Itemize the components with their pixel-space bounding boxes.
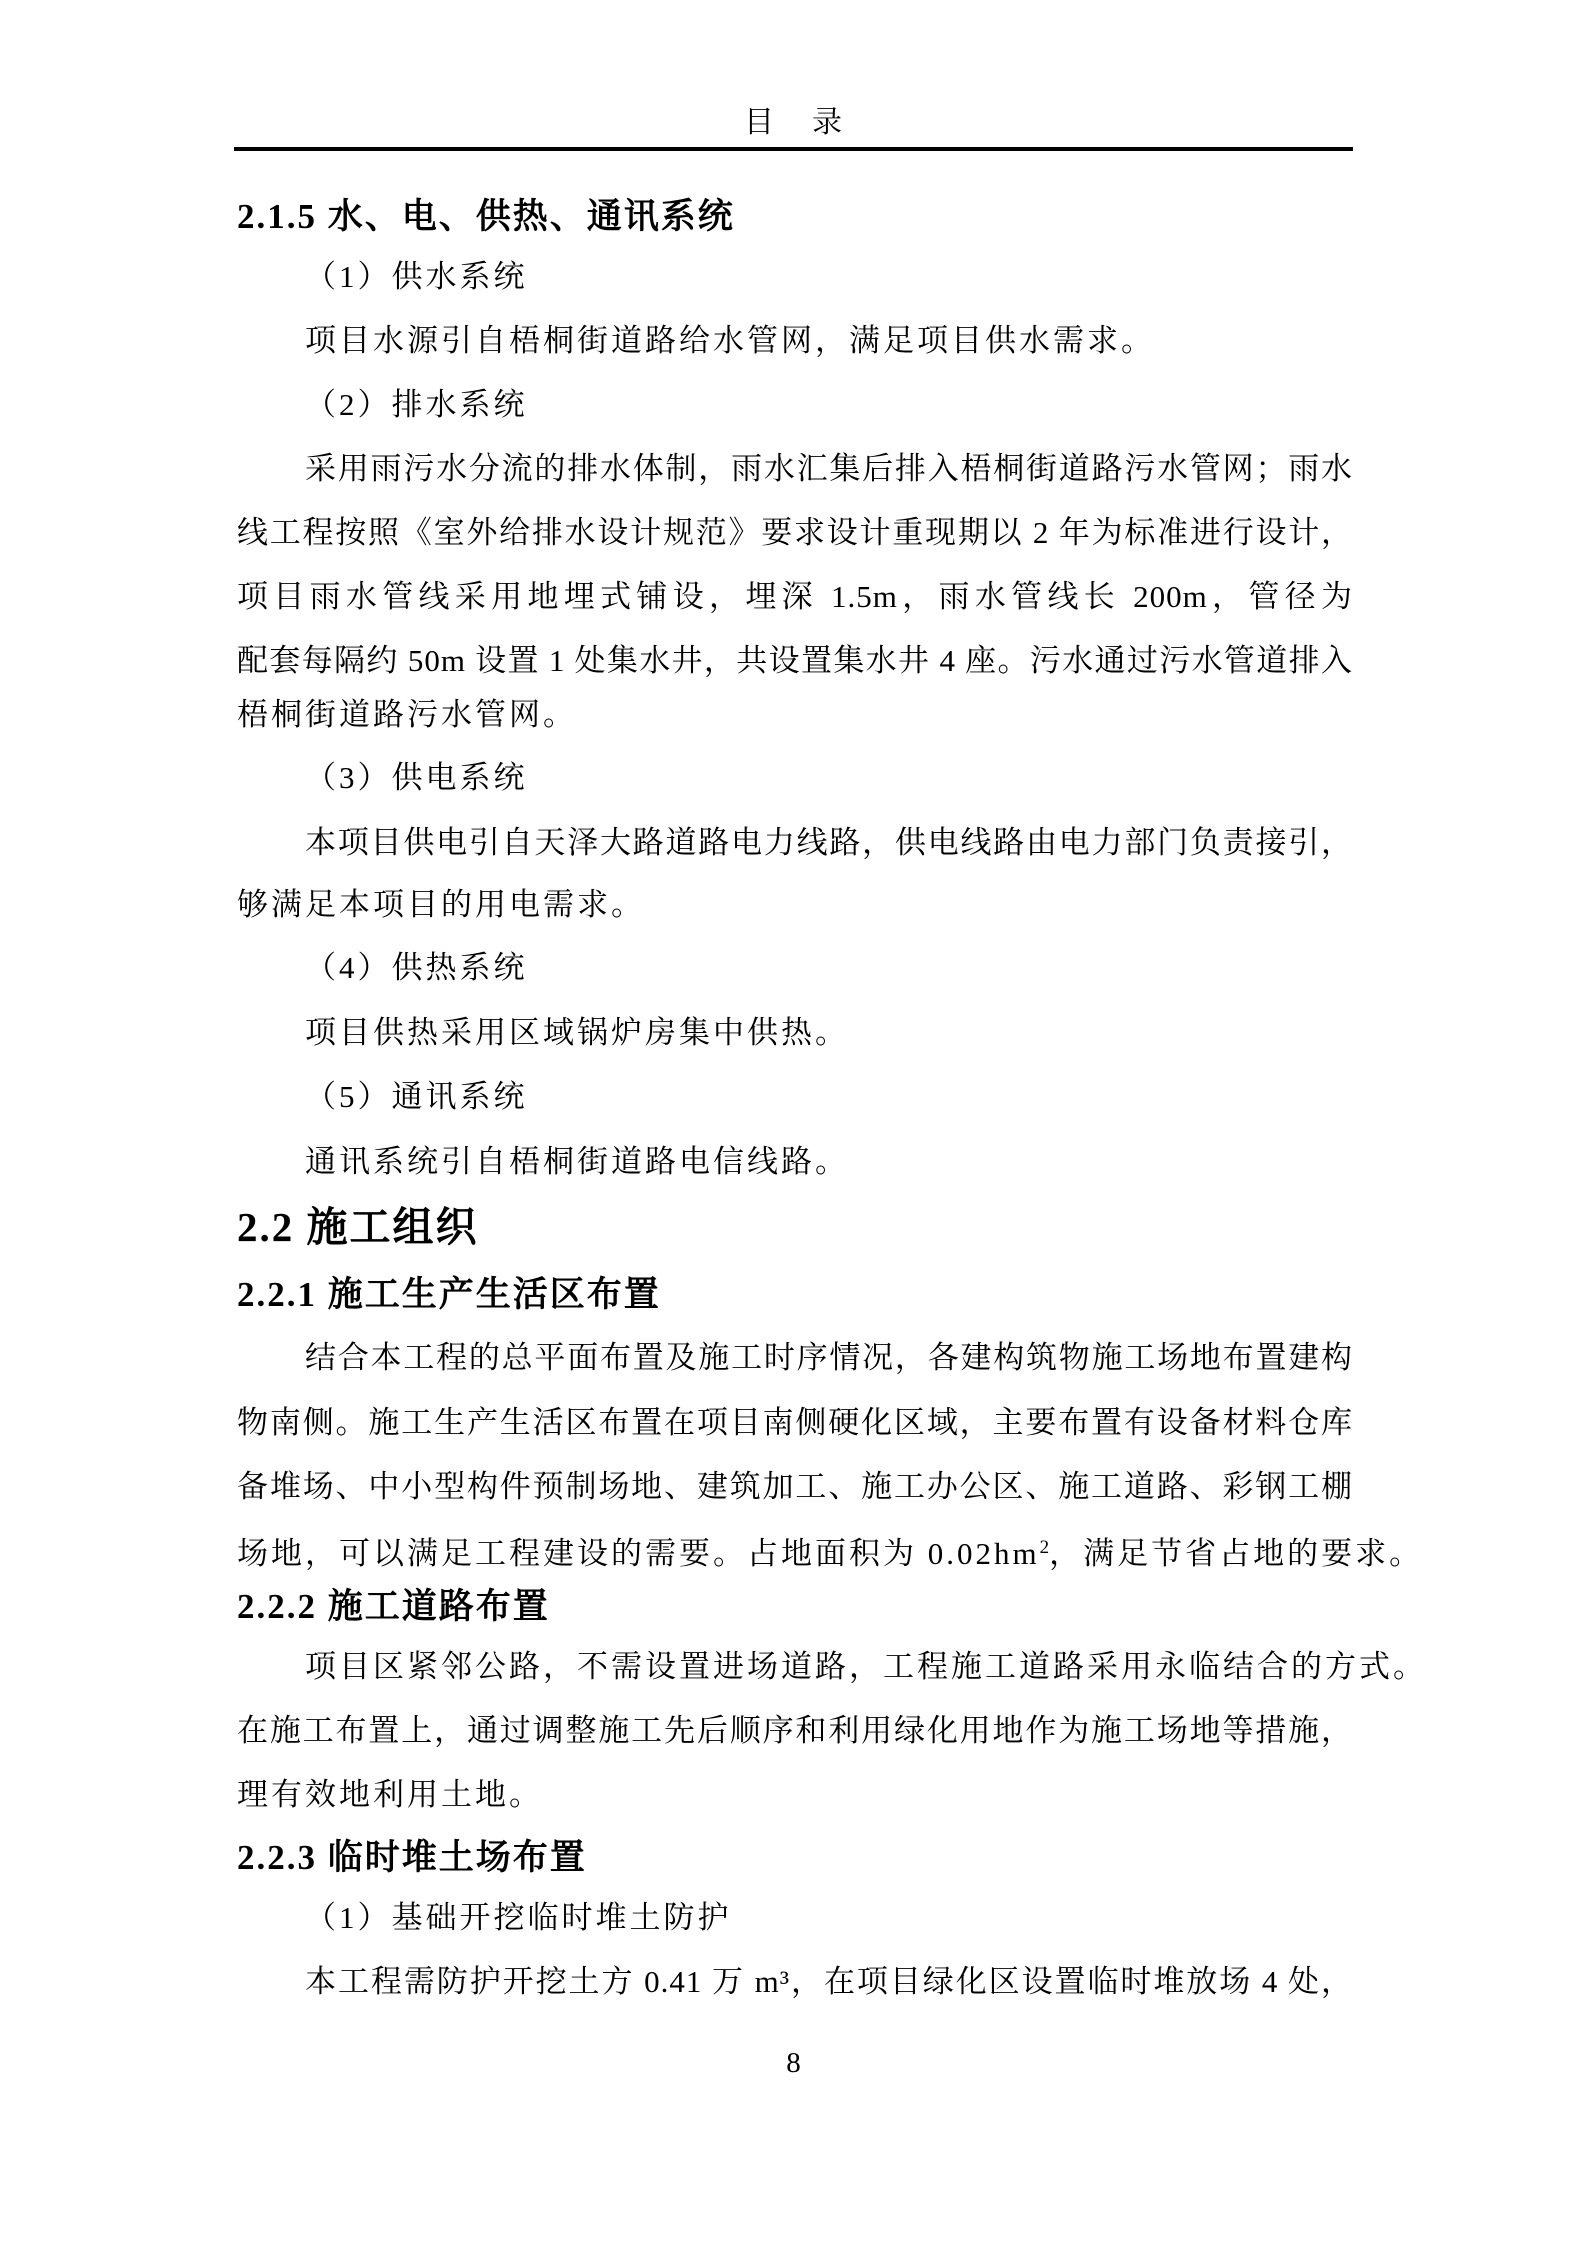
item-3-power-supply: （3）供电系统 [237, 746, 1353, 810]
item-1-water-supply: （1）供水系统 [237, 245, 1353, 309]
para-site-layout-line-1: 结合本工程的总平面布置及施工时序情况，各建构筑物施工场地布置建构筑 [237, 1326, 1353, 1390]
para-drainage-line-1: 采用雨污水分流的排水体制，雨水汇集后排入梧桐街道路污水管网；雨水管 [237, 437, 1353, 501]
heading-2-2: 2.2 施工组织 [237, 1196, 1353, 1258]
para-power-line-2: 够满足本项目的用电需求。 [237, 873, 1353, 937]
para-drainage-line-3: 项目雨水管线采用地埋式铺设，埋深 1.5m，雨水管线长 200m，管径为 400… [237, 565, 1353, 629]
para-heating: 项目供热采用区域锅炉房集中供热。 [237, 1001, 1353, 1065]
para-site-layout-line-4: 场地，可以满足工程建设的需要。占地面积为 0.02hm2，满足节省占地的要求。 [237, 1516, 1353, 1580]
para-water-supply: 项目水源引自梧桐街道路给水管网，满足项目供水需求。 [237, 309, 1353, 373]
para-drainage-line-2: 线工程按照《室外给排水设计规范》要求设计重现期以 2 年为标准进行设计，本 [237, 501, 1353, 565]
para-excavation-line-1: 本工程需防护开挖土方 0.41 万 m³，在项目绿化区设置临时堆放场 4 处，临 [237, 1950, 1353, 2014]
para-site-layout-line-3: 备堆场、中小型构件预制场地、建筑加工、施工办公区、施工道路、彩钢工棚等 [237, 1455, 1353, 1519]
para-drainage-line-5: 梧桐街道路污水管网。 [237, 683, 1353, 747]
heading-2-2-2: 2.2.2 施工道路布置 [237, 1580, 1353, 1634]
item-2-drainage: （2）排水系统 [237, 373, 1353, 437]
page-number: 8 [0, 2041, 1587, 2085]
para-communication: 通讯系统引自梧桐街道路电信线路。 [237, 1130, 1353, 1194]
superscript-2: 2 [1040, 1537, 1050, 1558]
para-text-after-sup: ，满足节省占地的要求。 [1049, 1536, 1423, 1571]
para-road-line-2: 在施工布置上，通过调整施工先后顺序和利用绿化用地作为施工场地等措施，合 [237, 1699, 1353, 1763]
item-1-excavation-title: （1）基础开挖临时堆土防护 [237, 1886, 1353, 1950]
heading-2-2-3: 2.2.3 临时堆土场布置 [237, 1831, 1353, 1885]
para-text-before-sup: 场地，可以满足工程建设的需要。占地面积为 0.02hm [237, 1536, 1040, 1571]
heading-2-1-5: 2.1.5 水、电、供热、通讯系统 [237, 190, 1353, 244]
item-5-communication: （5）通讯系统 [237, 1065, 1353, 1129]
document-page: 目 录 2.1.5 水、电、供热、通讯系统 （1）供水系统 项目水源引自梧桐街道… [0, 0, 1587, 2245]
para-power-line-1: 本项目供电引自天泽大路道路电力线路，供电线路由电力部门负责接引，能 [237, 811, 1353, 875]
page-header-title: 目 录 [237, 101, 1353, 145]
heading-2-2-1: 2.2.1 施工生产生活区布置 [237, 1268, 1353, 1322]
item-4-heating: （4）供热系统 [237, 936, 1353, 1000]
header-rule [234, 147, 1353, 151]
para-road-line-3: 理有效地利用土地。 [237, 1763, 1353, 1827]
para-road-line-1: 项目区紧邻公路，不需设置进场道路，工程施工道路采用永临结合的方式。 [237, 1635, 1353, 1699]
para-site-layout-line-2: 物南侧。施工生产生活区布置在项目南侧硬化区域，主要布置有设备材料仓库设 [237, 1391, 1353, 1455]
